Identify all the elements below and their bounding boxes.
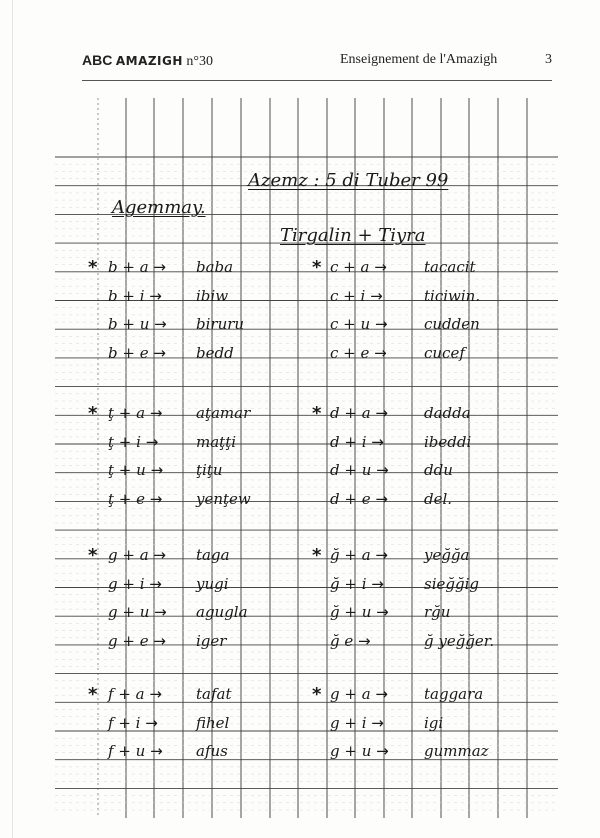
star-marker-icon: *	[312, 545, 321, 566]
example-word: fihel	[196, 714, 229, 732]
exercise-row: ğ + i →	[330, 575, 384, 593]
arrow-icon: →	[370, 287, 383, 305]
arrow-icon: →	[150, 742, 163, 760]
example-word: ddu	[424, 461, 453, 479]
example-word: ibeddi	[424, 433, 471, 451]
syllable-formula: g + a	[108, 546, 153, 564]
syllable-formula: g + u	[108, 603, 154, 621]
example-word: dadda	[424, 404, 471, 422]
example-word: gummaz	[424, 742, 489, 760]
syllable-formula: f + u	[108, 742, 150, 760]
arrow-icon: →	[146, 433, 159, 451]
exercise-row: c + i →	[330, 287, 383, 305]
exercise-row: g + i →	[330, 714, 384, 732]
syllable-formula: b + u	[108, 315, 154, 333]
arrow-icon: →	[375, 546, 388, 564]
example-word: cudden	[424, 315, 480, 333]
exercise-row: b + a →	[108, 258, 166, 276]
exercise-row: b + u →	[108, 315, 167, 333]
star-marker-icon: *	[88, 545, 97, 566]
arrow-icon: →	[145, 714, 158, 732]
arrow-icon: →	[149, 685, 162, 703]
example-word: ţiţu	[196, 461, 223, 479]
arrow-icon: →	[375, 315, 388, 333]
example-word: aţamar	[196, 404, 250, 422]
arrow-icon: →	[376, 603, 389, 621]
arrow-icon: →	[149, 287, 162, 305]
arrow-icon: →	[375, 685, 388, 703]
exercise-row: c + e →	[330, 344, 387, 362]
star-marker-icon: *	[312, 257, 321, 278]
arrow-icon: →	[150, 490, 163, 508]
arrow-icon: →	[376, 461, 389, 479]
arrow-icon: →	[358, 632, 371, 650]
arrow-icon: →	[154, 603, 167, 621]
star-marker-icon: *	[312, 403, 321, 424]
exercise-row: f + a →	[108, 685, 162, 703]
example-word: baba	[196, 258, 233, 276]
star-marker-icon: *	[88, 403, 97, 424]
exercise-row: ţ + u →	[108, 461, 163, 479]
arrow-icon: →	[374, 344, 387, 362]
example-word: iger	[196, 632, 226, 650]
syllable-formula: ğ + a	[330, 546, 375, 564]
arrow-icon: →	[153, 344, 166, 362]
syllable-formula: b + e	[108, 344, 153, 362]
example-word: bedd	[196, 344, 234, 362]
syllable-formula: ţ + i	[108, 433, 146, 451]
exercise-row: g + e →	[108, 632, 166, 650]
exercise-row: c + a →	[330, 258, 387, 276]
syllable-formula: ğ e	[330, 632, 358, 650]
exercise-row: ğ + a →	[330, 546, 388, 564]
syllable-formula: g + i	[330, 714, 371, 732]
exercise-row: ţ + i →	[108, 433, 158, 451]
exercise-row: d + a →	[330, 404, 388, 422]
example-word: yenţew	[196, 490, 251, 508]
arrow-icon: →	[149, 575, 162, 593]
arrow-icon: →	[154, 315, 167, 333]
syllable-formula: ţ + u	[108, 461, 151, 479]
worksheet-heading: Agemmay.	[112, 197, 206, 218]
arrow-icon: →	[150, 404, 163, 422]
example-word: tacacit	[424, 258, 476, 276]
exercise-row: ğ + u →	[330, 603, 389, 621]
arrow-icon: →	[153, 258, 166, 276]
exercise-row: ţ + e →	[108, 490, 162, 508]
syllable-formula: d + e	[330, 490, 375, 508]
star-marker-icon: *	[88, 684, 97, 705]
example-word: igi	[424, 714, 443, 732]
arrow-icon: →	[371, 575, 384, 593]
example-word: afus	[196, 742, 228, 760]
syllable-formula: c + a	[330, 258, 374, 276]
example-word: taggara	[424, 685, 483, 703]
arrow-icon: →	[371, 714, 384, 732]
exercise-row: d + e →	[330, 490, 388, 508]
syllable-formula: f + i	[108, 714, 145, 732]
syllable-formula: b + a	[108, 258, 153, 276]
syllable-formula: c + e	[330, 344, 374, 362]
exercise-row: b + e →	[108, 344, 166, 362]
example-word: tafat	[196, 685, 232, 703]
example-word: maţţi	[196, 433, 236, 451]
star-marker-icon: *	[88, 257, 97, 278]
example-word: agugla	[196, 603, 248, 621]
syllable-formula: g + e	[108, 632, 153, 650]
syllable-formula: c + i	[330, 287, 370, 305]
exercise-row: g + a →	[108, 546, 166, 564]
syllable-formula: d + a	[330, 404, 375, 422]
example-word: biruru	[196, 315, 244, 333]
syllable-formula: g + u	[330, 742, 376, 760]
example-word: yeğğa	[424, 546, 470, 564]
exercise-row: g + a →	[330, 685, 388, 703]
arrow-icon: →	[374, 258, 387, 276]
syllable-formula: ţ + a	[108, 404, 150, 422]
exercise-row: d + i →	[330, 433, 384, 451]
exercise-row: c + u →	[330, 315, 388, 333]
arrow-icon: →	[371, 433, 384, 451]
example-word: ğ yeğğer.	[424, 632, 494, 650]
exercise-row: b + i →	[108, 287, 162, 305]
exercise-row: g + i →	[108, 575, 162, 593]
syllable-formula: b + i	[108, 287, 149, 305]
exercise-row: ğ e →	[330, 632, 371, 650]
exercise-row: d + u →	[330, 461, 389, 479]
syllable-formula: g + i	[108, 575, 149, 593]
arrow-icon: →	[153, 632, 166, 650]
example-word: cucef	[424, 344, 465, 362]
arrow-icon: →	[375, 404, 388, 422]
arrow-icon: →	[375, 490, 388, 508]
syllable-formula: d + i	[330, 433, 371, 451]
syllable-formula: ţ + e	[108, 490, 150, 508]
exercise-row: f + i →	[108, 714, 158, 732]
arrow-icon: →	[376, 742, 389, 760]
exercise-row: g + u →	[330, 742, 389, 760]
syllable-formula: ğ + i	[330, 575, 371, 593]
example-word: sieğğig	[424, 575, 479, 593]
exercise-row: ţ + a →	[108, 404, 162, 422]
arrow-icon: →	[153, 546, 166, 564]
example-word: del.	[424, 490, 452, 508]
syllable-formula: f + a	[108, 685, 149, 703]
example-word: ticiwin.	[424, 287, 480, 305]
syllable-formula: d + u	[330, 461, 376, 479]
arrow-icon: →	[151, 461, 164, 479]
example-word: yugi	[196, 575, 229, 593]
example-word: rğu	[424, 603, 450, 621]
example-word: ibiw	[196, 287, 228, 305]
exercise-row: f + u →	[108, 742, 163, 760]
syllable-formula: ğ + u	[330, 603, 376, 621]
example-word: taga	[196, 546, 230, 564]
star-marker-icon: *	[312, 684, 321, 705]
date-line: Azemz : 5 di Tuber 99	[248, 170, 448, 191]
worksheet-subheading: Tirgalin + Tiyra	[280, 225, 426, 246]
syllable-formula: g + a	[330, 685, 375, 703]
syllable-formula: c + u	[330, 315, 375, 333]
exercise-row: g + u →	[108, 603, 167, 621]
